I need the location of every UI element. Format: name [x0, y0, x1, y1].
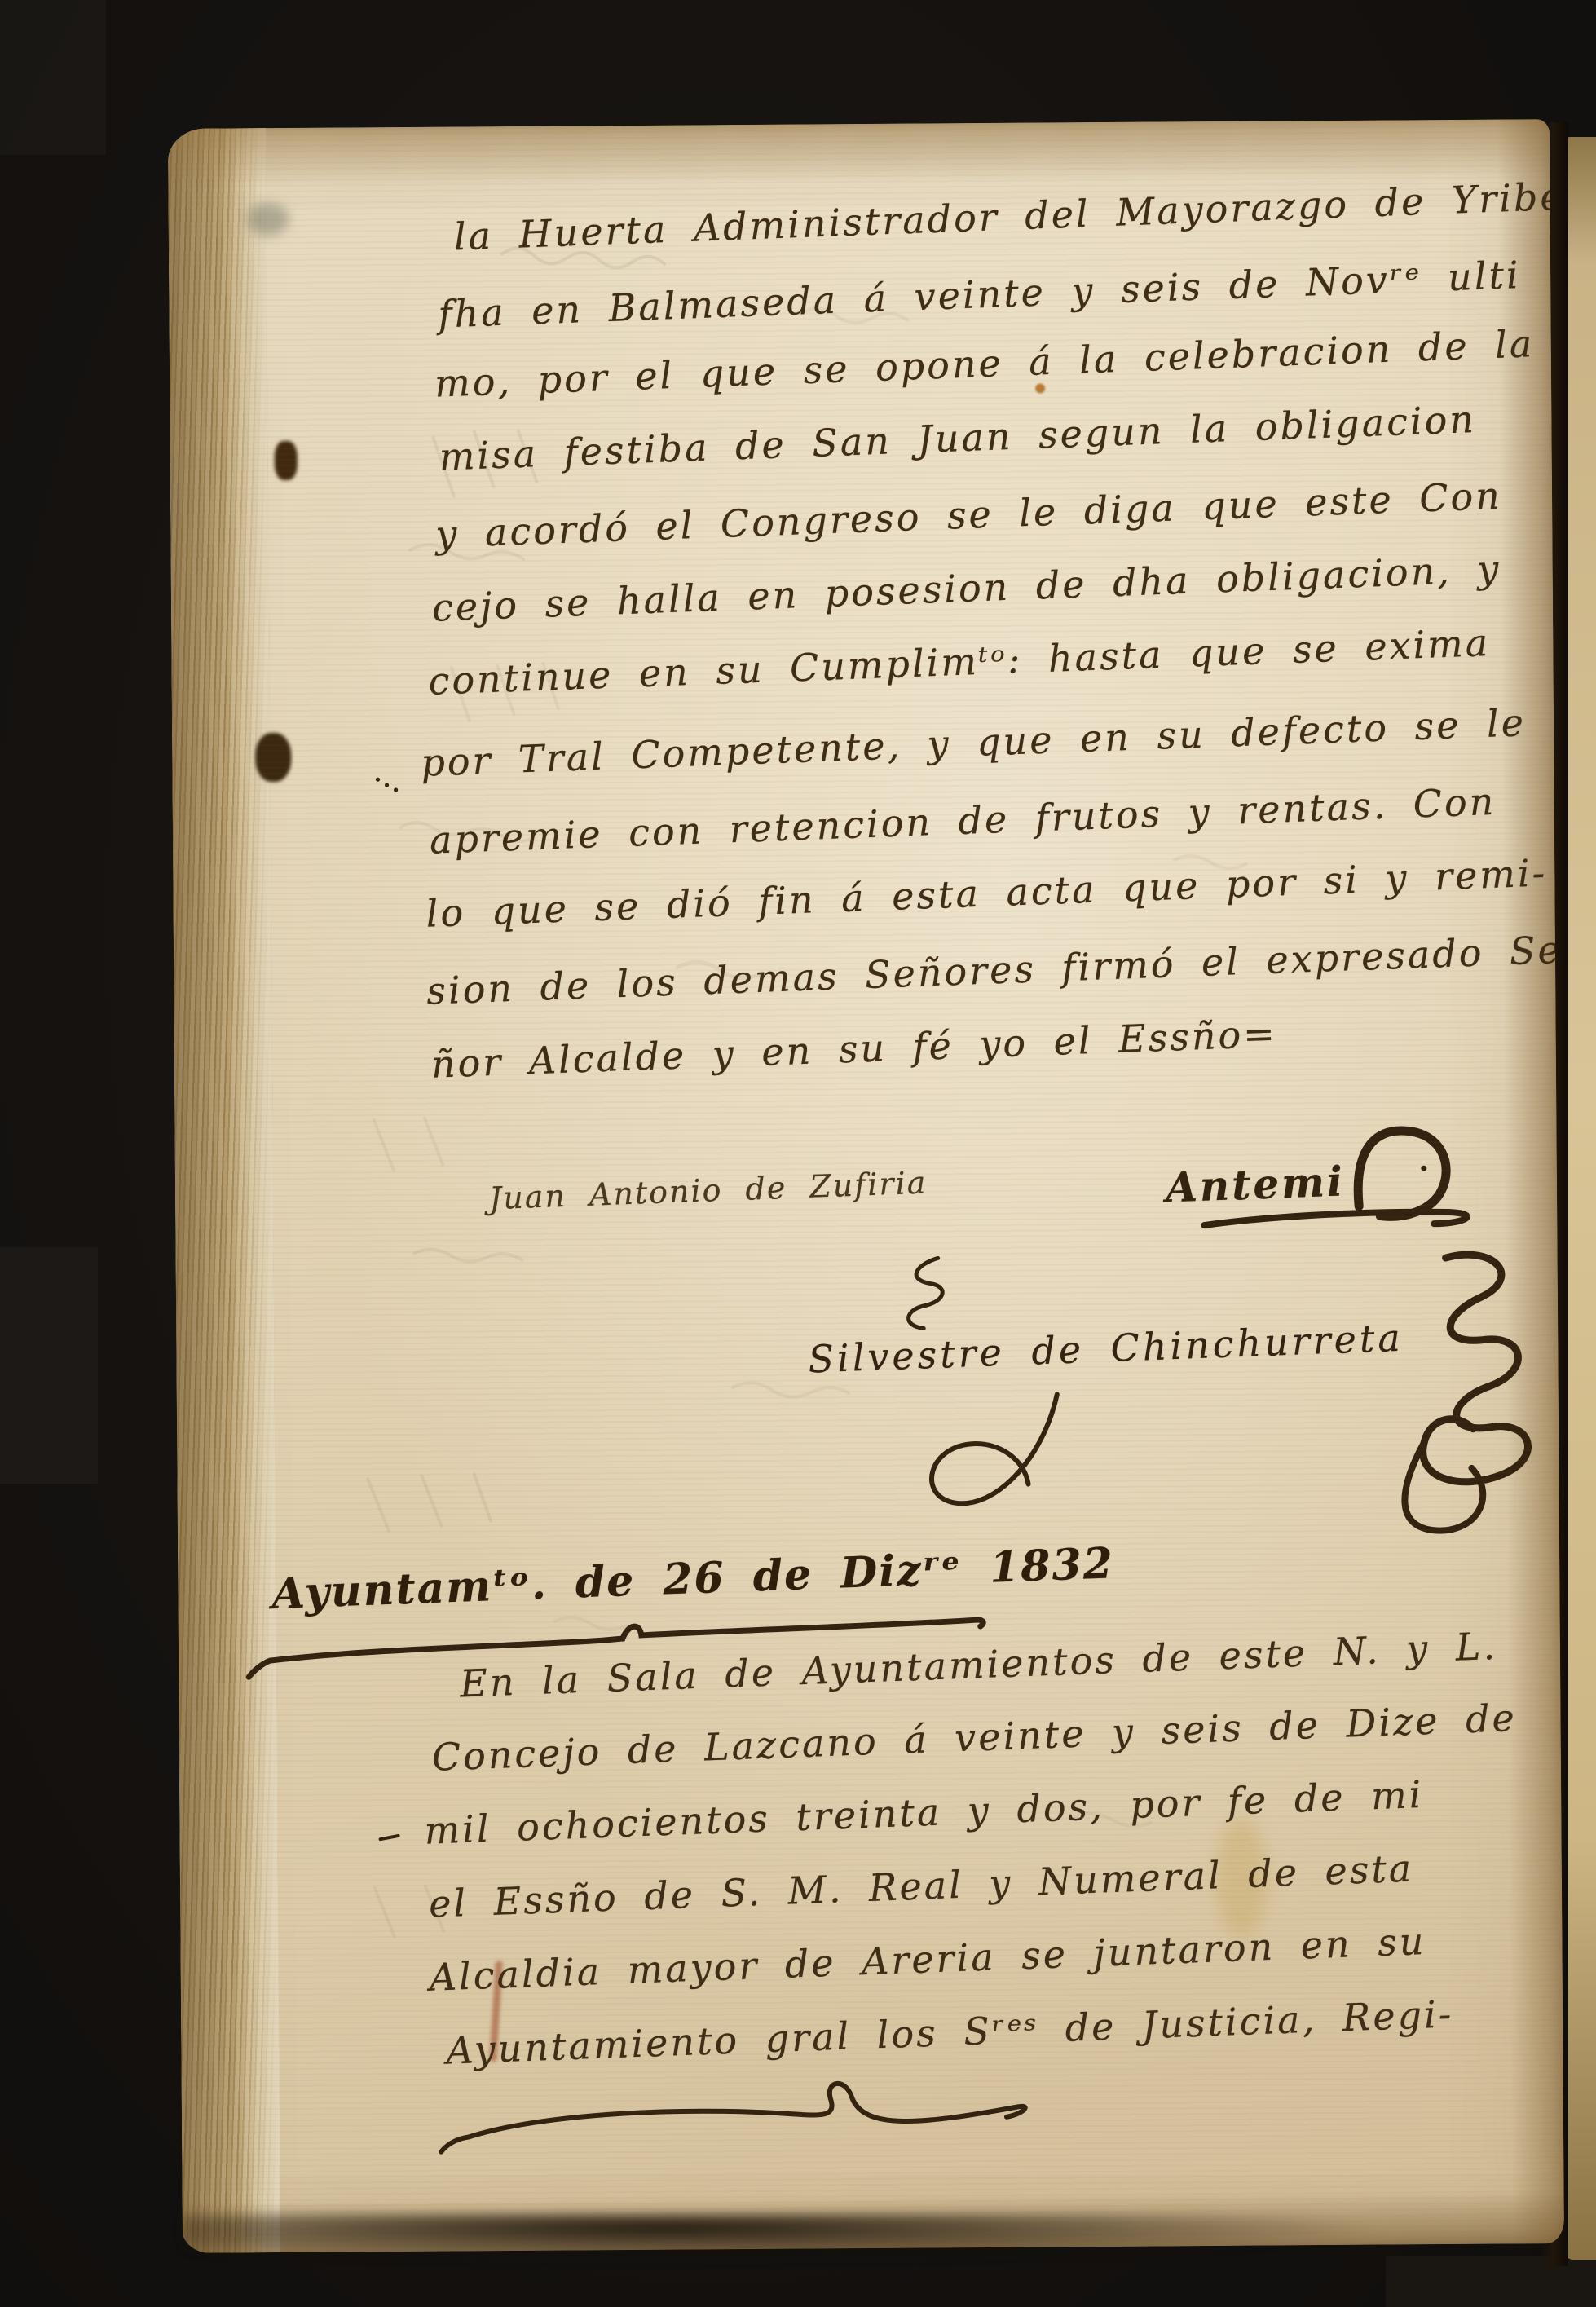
background-cloth-patch	[0, 0, 106, 155]
margin-dash	[381, 1836, 399, 1839]
signature-witness: Juan Antonio de Zufiria	[488, 1165, 928, 1217]
manuscript-line: Ayuntamiento gral los Sʳᵉˢ de Justicia, …	[445, 1992, 1454, 2072]
margin-dot	[394, 787, 398, 792]
manuscript-line: mil ochocientos treinta y dos, por fe de…	[424, 1772, 1425, 1853]
manuscript-line: y acordó el Congreso se le diga que este…	[434, 474, 1502, 557]
paragraph-end-flourish	[441, 2082, 1025, 2151]
manuscript-line: el Essño de S. M. Real y Numeral de esta	[428, 1846, 1414, 1925]
margin-dot	[385, 783, 389, 787]
orange-ink-spot	[1035, 383, 1045, 393]
manuscript-line: En la Sala de Ayuntamientos de este N. y…	[459, 1624, 1498, 1706]
manuscript-line: mo, por el que se opone á la celebracion…	[434, 321, 1535, 405]
manuscript-line: cejo se halla en posesion de dha obligac…	[431, 547, 1501, 630]
facing-page-edge	[1565, 137, 1596, 2260]
wormhole-stain	[275, 441, 298, 480]
scribe-descender-loop	[931, 1394, 1057, 1503]
attestation-underline	[1204, 1211, 1467, 1225]
manuscript-line: continue en su Cumplimᵗᵒ: hasta que se e…	[428, 620, 1491, 704]
manuscript-photo-scene: la Huerta Administrador del Mayorazgo de…	[0, 0, 1596, 2307]
background-cloth-patch	[0, 1247, 98, 1484]
manuscript-line: Alcaldia mayor de Areria se juntaron en …	[429, 1919, 1427, 2000]
witness-rubric	[908, 1258, 942, 1328]
manuscript-line: la Huerta Administrador del Mayorazgo de…	[453, 174, 1564, 259]
manuscript-line: misa festiba de San Juan segun la obliga…	[439, 397, 1477, 479]
manuscript-line: sion de los demas Señores firmó el expre…	[425, 927, 1564, 1013]
session-heading: Ayuntamᵗᵒ. de 26 de Dizʳᵉ 1832	[271, 1538, 1115, 1619]
scribe-rubric-lower-loop	[1404, 1442, 1484, 1531]
margin-dot	[376, 778, 380, 782]
attestation-flourish	[1358, 1131, 1447, 1217]
manuscript-line: Concejo de Lazcano á veinte y seis de Di…	[431, 1696, 1518, 1780]
manuscript-line: por Tral Competente, y que en su defecto…	[420, 700, 1526, 785]
page-bottom-curl-shadow	[183, 2214, 1390, 2261]
signature-scribe: Silvestre de Chinchurreta	[807, 1316, 1404, 1382]
page-top-shade	[168, 119, 1550, 187]
manuscript-page: la Huerta Administrador del Mayorazgo de…	[168, 119, 1564, 2253]
attestation-ink-dot	[1421, 1166, 1426, 1171]
binding-edge	[168, 128, 280, 2253]
manuscript-line: lo que se dió fin á esta acta que por si…	[425, 850, 1548, 935]
manuscript-line: ñor Alcalde y en su fé yo el Essño=	[430, 1012, 1278, 1087]
manuscript-line: apremie con retencion de frutos y rentas…	[429, 779, 1497, 862]
manuscript-line: fha en Balmaseda á veinte y seis de Novʳ…	[438, 253, 1522, 337]
signature-attestation: Antemi	[1165, 1157, 1346, 1211]
